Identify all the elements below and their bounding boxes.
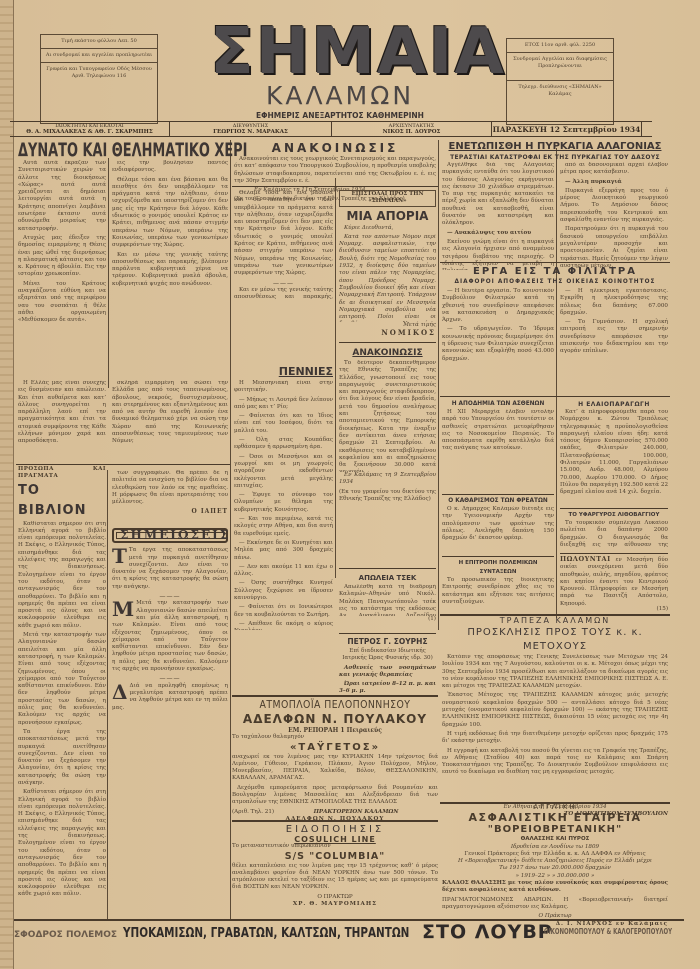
shipping-phone: (Αριθ. Τηλ. 21)	[232, 809, 274, 816]
editorial-headline-wrap: ΔΥΝΑΤΟ ΚΑΙ ΘΕΛΗΜΑΤΙΚΟ ΧΕΡΙ	[18, 140, 228, 160]
penny-item: — Δεν και ακούμε 11 και έχω ο άλλος.	[234, 564, 333, 579]
divider	[339, 568, 436, 569]
notes-paragraph: ΜΜετά την καταστροφήν των Αλαγονιανών δα…	[112, 600, 228, 673]
book-body: Καθίσταται σήμερον ότι στη Ελληνική αγορ…	[18, 789, 106, 898]
committee-headline: Η ΕΠΙΤΡΟΠΗ ΠΟΛΕΜΙΚΩΝ ΣΥΝΤΑΞΕΩΝ	[442, 559, 554, 577]
committee-body: Το προσωπικόν της διοικητικής Επιτροπής …	[442, 577, 554, 606]
book-signature: Ο ΙΑΠΕΤ	[112, 508, 228, 515]
divider	[339, 633, 436, 634]
letter-salutation: Κύριε Διευθυντά,	[339, 225, 436, 232]
bank-paragraph: Έκαστος Μέτοχος της ΤΡΑΠΕΖΗΣ ΚΑΛΑΜΩΝ κάτ…	[442, 692, 668, 728]
divider	[560, 553, 668, 554]
issue-date: ΠΑΡΑΣΚΕΥΗ 12 Σεπτεμβρίου 1934	[492, 122, 642, 136]
divider	[440, 396, 670, 397]
penny-item: — Όσης συστήθηκε Κυνηγοί Σύλλογος ξεχώρι…	[234, 580, 333, 602]
committee-article: Η ΕΠΙΤΡΟΠΗ ΠΟΛΕΜΙΚΩΝ ΣΥΝΤΑΞΕΩΝ Το προσωπ…	[442, 559, 554, 619]
newspaper-subtitle: ΚΑΛΑΜΩΝ	[230, 83, 450, 109]
director-name: ΓΕΩΡΓΙΟΣ Ν. ΜΑΡΑΚΑΣ	[170, 129, 331, 135]
lost-check-notice: ΑΠΩΛΕΙΑ ΤΣΕΚ Απωλέσθη κατά τη διαδρομή Κ…	[339, 572, 436, 623]
penny-item: — Φαίνεται ότι και το Ίδιος είναι επί το…	[234, 413, 333, 435]
bank-kicker: ΤΡΑΠΕΖΑ ΚΑΛΑΜΩΝ	[442, 616, 668, 626]
doctor-address: Επί διαδικασίαν Ιδιωτικής Ιατρικής Ώρας …	[339, 648, 436, 663]
pennies-headline: ΠΕΝΝΙΕΣ	[234, 364, 333, 380]
editorial-paragraph: Μένει του Κράτους αναγκάζοντα εύθύνη και…	[18, 281, 106, 325]
insurance-kicker: ΑΓΓΛΙΚΗ	[442, 804, 668, 811]
filiatra-article: ΕΡΓΑ ΕΙΣ ΤΑ ΦΙΛΙΑΤΡΑ ΔΙΑΦΟΡΟΙ ΑΠΟΦΑΣΕΙΣ …	[442, 265, 668, 287]
announcement-second-dateline: Εν Καλάμαις τη 9 Σεπτεμβρίου 1934	[339, 472, 436, 487]
letter-body: Κατά τον απόντων Νόμον περί Νομαρχ. ασφα…	[339, 234, 436, 322]
right-ear-line: Συνδρομαί Αγγελίαι και διαφημίσεις Προπλ…	[507, 53, 613, 81]
filiatra-item: — Το Γυμνάσιον. Η σχολική επιτροπή εις τ…	[560, 319, 668, 355]
separator: ———	[112, 675, 228, 682]
doctor-ad: ΠΕΤΡΟΣ Γ. ΣΟΥΡΗΣ Επί διαδικασίαν Ιδιωτικ…	[339, 636, 436, 698]
doctor-name: ΠΕΤΡΟΣ Γ. ΣΟΥΡΗΣ	[339, 636, 436, 648]
doctor-specialty: Ασθενείς των νοσημάτων και γενικής θεραπ…	[339, 665, 436, 680]
announcement-headline: ΑΝΑΚΟΙΝΩΣΙΣ	[234, 140, 436, 156]
penny-item: — Φαίνεται ότι οι Ιονικώτεροι δεν τα κου…	[234, 604, 333, 619]
penny-item: — Απέθανε δε ακόμη ο κύριος Νικολάου.	[234, 621, 333, 630]
water-body: Ο κ. Δήμαρχος Καλαμών διέταξε εις την Υγ…	[442, 506, 554, 542]
shipping-agency: ΠΡΑΚΤΟΡΕΙΟΝ ΚΑΛΑΜΩΝ	[314, 809, 399, 816]
continuation-paragraph: Και εν μέσω της γενικής ταύτης αποσυνθέσ…	[234, 287, 333, 300]
banner-owners: ΟΙΚΟΝΟΜΟΠΟΥΛΟΥ & ΚΑΛΟΓΕΡΟΠΟΥΛΟΥ	[544, 922, 672, 942]
insurance-title: ΑΣΦΑΛΙΣΤΙΚΗ ΕΤΑΙΡΕΙΑ	[442, 811, 668, 824]
divider	[442, 494, 554, 495]
letter-article: ΕΠΙΣΤΟΛΑΙ ΠΡΟΣ ΤΗΝ «ΣΗΜΑΙΑΝ» ΜΙΑ ΑΠΟΡΙΑ …	[339, 190, 436, 336]
banner-lead: ΣΦΟΔΡΟΣ ΠΟΛΕΜΟΣ	[14, 930, 117, 940]
fire-headline: ΕΝΕΤΩΠΙΣΘΗ Η ΠΥΡΚΑΓΙΑ ΑΛΑΓΟΝΙΑΣ	[442, 140, 668, 153]
column-rule	[556, 148, 557, 618]
column-rule	[108, 158, 109, 388]
fire-subsection: — Άλλη πυρκαγιά	[560, 179, 668, 186]
oil-article: Η ΕΛΑΙΟΠΑΡΑΓΩΓΗ Κατ’ ά πληροφορούμεθα πα…	[560, 400, 668, 505]
letter-signature: ΝΟΜΙΚΟΣ	[339, 329, 436, 336]
announcement-second: ΑΝΑΚΟΙΝΩΣΙΣ Το δεύτερον δεκαπενθήμερον τ…	[339, 346, 436, 505]
editor-cell: ΑΡΧΙΣΥΝΤΑΚΤΗΣ ΝΙΚΟΣ Π. ΔΟΥΡΟΣ	[332, 122, 492, 136]
filiatra-col-1: — Η δευτέρα εργασία. Το κοινοτικόν Συμβο…	[442, 288, 554, 382]
newspaper-page: Τιμή εκάστου φύλλου Λεπ. 50 Αι συνδρομαί…	[0, 0, 700, 969]
divider	[16, 464, 230, 465]
newspaper-tagline: ΕΦΗΜΕΡΙΣ ΑΝΕΞΑΡΤΗΤΟΣ ΚΑΘΗΜΕΡΙΝΗ	[220, 111, 460, 120]
cosulich-ship: S/S "COLUMBIA"	[232, 851, 438, 863]
ship-name: «ΤΑΫΓΕΤΟΣ»	[232, 742, 438, 754]
cosulich-agent: ΧΡ. Θ. ΜΑΥΡΟΜΙΑΗΣ	[232, 901, 438, 908]
editorial-headline: ΔΥΝΑΤΟ ΚΑΙ ΘΕΛΗΜΑΤΙΚΟ ΧΕΡΙ	[18, 140, 161, 160]
fire-col-1: Αγγέλθηκε διά τας Αλαγονίας πυρκαγιάς εν…	[442, 162, 554, 270]
shipping-route: αναχωρεί εκ του λιμένος μας την ΚΥΡΙΑΚΗΝ…	[232, 754, 438, 783]
owners-cell: ΙΔΙΟΚΤΗΤΑΙ ΚΑΙ ΕΚΔΟΤΑΙ Θ. Α. ΜΙΧΑΛΑΚΕΑΣ …	[10, 122, 170, 136]
masthead-info-bar: ΙΔΙΟΚΤΗΤΑΙ ΚΑΙ ΕΚΔΟΤΑΙ Θ. Α. ΜΙΧΑΛΑΚΕΑΣ …	[10, 121, 652, 137]
lost-check-ref: (1)	[339, 616, 436, 623]
filiatra-col-2: — Η ηλεκτρική εγκατάστασις. Εγκρίθη η ηλ…	[560, 288, 668, 382]
absent-article: Η ΑΠΟΔΗΜΙΑ ΤΩΝ ΑΣΘΕΝΩΝ Η ΧΙΙ Μεραρχία έλ…	[442, 400, 554, 493]
cosulich-ad: ΕΙΔΟΠΟΙΗΣΙΣ COSULICH LINE Το μεταναστευτ…	[232, 823, 438, 908]
fire-col-2: από αι δασονομικαί αρχαί έλαβον μέτρα πρ…	[560, 162, 668, 270]
book-body: Καθίσταται σήμερον ότι στη Ελληνική αγορ…	[18, 521, 106, 630]
oil-headline: Η ΕΛΑΙΟΠΑΡΑΓΩΓΗ	[560, 400, 668, 409]
penny-item: — Όλη στας Κουπάδας εφθάσαμεν ή αρρωσημέ…	[234, 437, 333, 452]
left-ear-line: Γραφεία και Τυπογραφείον Οδός Μέσσου Αρι…	[41, 63, 157, 101]
insurance-company: "ΒΟΡΕΙΟΒΡΕΤΑΝΙΚΗ"	[442, 824, 668, 836]
fire-paragraph: Παρατηρούμεν ότι η πυρκαγιά του δασικού …	[560, 226, 668, 270]
for-sale-body: εν Μεσσήνη δύο οικίαι συνεχόμεναι μετά δ…	[560, 557, 668, 606]
divider	[14, 919, 684, 921]
continuation-paragraph: Θέλαμε τόσα και ένα βάσανα και θα πεισθή…	[234, 190, 333, 278]
divider	[232, 186, 438, 187]
for-sale-ad: ΠΩΛΟΥΝΤΑΙ εν Μεσσήνη δύο οικίαι συνεχόμε…	[560, 556, 668, 613]
book-article: ΠΡΟΣΩΠΑ ΚΑΙ ΠΡΑΓΜΑΤΑ ΤΟ ΒΙΒΛΙΟΝ Καθίστατ…	[18, 466, 106, 969]
column-rule	[335, 178, 336, 578]
shipping-ad: ΑΤΜΟΠΛΟΪΑ ΠΕΛΟΠΟΝΝΗΣΟΥ ΑΔΕΛΦΩΝ Ν. ΠΟΥΛΑΚ…	[232, 698, 438, 823]
filiatra-item: — Η δευτέρα εργασία. Το κοινοτικόν Συμβο…	[442, 288, 554, 324]
absent-headline: Η ΑΠΟΔΗΜΙΑ ΤΩΝ ΑΣΘΕΝΩΝ	[442, 400, 554, 409]
editorial-paragraph: Ατυχώς μας έδειξεν της δημοσίας ειμαρμέν…	[18, 235, 106, 279]
owners-names: Θ. Α. ΜΙΧΑΛΑΚΕΑΣ & ΑΘ. Γ. ΣΚΑΡΜΠΗΣ	[10, 129, 169, 135]
tobacco-body: Το τουρκικόν σύμπλεγμα Λυκαίου πωλείται …	[560, 520, 668, 548]
separator: ———	[234, 280, 333, 287]
letter-kicker: ΕΠΙΣΤΟΛΑΙ ΠΡΟΣ ΤΗΝ «ΣΗΜΑΙΑΝ»	[339, 190, 436, 207]
cosulich-agent-label: Ο ΠΡΑΚΤΩΡ	[232, 894, 438, 901]
continuation-text: Θέλαμε τόσα και ένα βάσανα και θα πεισθή…	[234, 190, 333, 300]
director-cell: ΔΙΕΥΘΥΝΤΗΣ ΓΕΩΡΓΙΟΣ Ν. ΜΑΡΑΚΑΣ	[170, 122, 332, 136]
insurance-assessors: ΠΡΑΓΜΑΤΟΓΝΩΜΟΝΕΣ ΑΒΑΡΙΩΝ. Η «Βορειοβρετα…	[442, 897, 668, 912]
column-rule	[438, 140, 439, 630]
book-body: Τα έργα της αποκαταστάσεως μετά την πυρκ…	[18, 729, 106, 787]
cosulich-intro: Το μεταναστευτικόν υπερωκεάνιον	[232, 843, 438, 850]
book-body: Μετά την καταστροφήν των Αλαγονιανών δασ…	[18, 632, 106, 727]
filiatra-subhead: ΔΙΑΦΟΡΟΙ ΑΠΟΦΑΣΕΙΣ ΤΗΣ ΟΙΚΕΙΑΣ ΚΟΙΝΟΤΗΤΟ…	[442, 278, 668, 287]
water-article: Ο ΚΑΘΑΡΙΣΜΟΣ ΤΩΝ ΦΡΕΑΤΩΝ Ο κ. Δήμαρχος Κ…	[442, 497, 554, 548]
right-ear-line: Τηλεγρ. διεύθυνσις «ΣΗΜΑΙΑΝ» Καλάμας	[507, 81, 613, 101]
lost-check-body: Απωλέσθη κατά τη διαδρομή Καλαμών–Αθηνών…	[339, 584, 436, 616]
filiatra-item: — Το υδραγωγείον. Το Ίδρυμα κοινωνικής π…	[442, 326, 554, 362]
fire-subhead: ΤΕΡΑΣΤΙΑΙ ΚΑΤΑΣΤΡΟΦΑΙ ΕΚ ΤΗΣ ΠΥΡΚΑΓΙΑΣ Τ…	[442, 153, 668, 162]
divider	[232, 695, 438, 697]
bank-notice: ΤΡΑΠΕΖΑ ΚΑΛΑΜΩΝ ΠΡΟΣΚΛΗΣΙΣ ΠΡΟΣ ΤΟΥΣ κ. …	[442, 616, 668, 819]
shipping-company: ΑΤΜΟΠΛΟΪΑ ΠΕΛΟΠΟΝΝΗΣΟΥ	[247, 698, 422, 712]
penny-item: — Έφυγε το σύννεφο τον Ολυμπίων με θέλημ…	[234, 492, 333, 514]
editorial-paragraph: σκληρά ειμαρμένη να σώσει την Ελλάδα μας…	[112, 380, 228, 446]
dropcap: Τ	[112, 547, 127, 565]
bank-headline: ΠΡΟΣΚΛΗΣΙΣ ΠΡΟΣ ΤΟΥΣ κ. κ. ΜΕΤΟΧΟΥΣ	[442, 626, 668, 654]
divider	[232, 820, 438, 822]
divider	[442, 556, 554, 557]
column-rule	[230, 140, 231, 920]
divider	[560, 508, 668, 509]
letter-headline: ΜΙΑ ΑΠΟΡΙΑ	[339, 207, 436, 225]
pennies-column: ΠΕΝΝΙΕΣ Η Μεσσηνιακή είναι στην φοιτητικ…	[234, 364, 333, 630]
tobacco-headline: ΤΟ ΥΦΑΡΓΥΡΟΣ ΛΙΘΟΒΑΓΓΙΟΥ	[560, 511, 668, 520]
fire-paragraph: Αγγέλθηκε διά τας Αλαγονίας πυρκαγιάς εν…	[442, 162, 554, 228]
announcement-second-note: (Εκ του γραφείου του δικτύου της Εθνικής…	[339, 489, 436, 504]
editorial-col-1: Αυτά αυτά έκραζαν των Συνεταιριστικών χε…	[18, 160, 106, 390]
divider	[339, 342, 436, 343]
editorial-paragraph: Αυτά αυτά έκραζαν των Συνεταιριστικών χε…	[18, 160, 106, 233]
left-ear-box: Τιμή εκάστου φύλλου Λεπ. 50 Αι συνδρομαί…	[40, 34, 158, 124]
right-ear-line: ΕΤΟΣ 11ον αριθ. φύλ. 2250	[507, 39, 613, 53]
penny-item: — Όσοι οι Μεσσήνιοι και οι γεωργοί και ο…	[234, 454, 333, 490]
penny-item: — Εκκίνησε δε οι Κυνηγέται και Μηλέα μας…	[234, 540, 333, 562]
filiatra-headline: ΕΡΓΑ ΕΙΣ ΤΑ ΦΙΛΙΑΤΡΑ	[442, 265, 668, 278]
insurance-line: Τω 1917 άνω των 20.000.000 δραχμών	[442, 865, 668, 872]
fire-article: ΕΝΕΤΩΠΙΣΘΗ Η ΠΥΡΚΑΓΙΑ ΑΛΑΓΟΝΙΑΣ ΤΕΡΑΣΤΙΑ…	[442, 140, 668, 162]
book-body-cont: των συγγραφέων. Θα πρέπει δε η πολιτεία …	[112, 470, 228, 506]
insurance-line: » 1919–22 » » 30.000.000 »	[442, 873, 668, 880]
column-rule	[107, 470, 108, 920]
notes-column: ΣΗΜΕΙΩΣΕΙΣ ΤΤα έργα της αποκαταστάσεως μ…	[112, 528, 228, 917]
masthead: Τιμή εκάστου φύλλου Λεπ. 50 Αι συνδρομαί…	[20, 18, 670, 128]
insurance-marine: ΚΛΑΔΟΣ ΘΑΛΑΣΣΗΣ με τους πλέον ευνοϊκούς …	[442, 880, 668, 895]
editor-name: ΝΙΚΟΣ Π. ΔΟΥΡΟΣ	[332, 129, 491, 135]
shipping-cargo: Δεχόμεθα εμπορεύματα προς μεταφόρτωσιν δ…	[232, 785, 438, 807]
left-ear-line: Τιμή εκάστου φύλλου Λεπ. 50	[41, 35, 157, 49]
tobacco-article: ΤΟ ΥΦΑΡΓΥΡΟΣ ΛΙΘΟΒΑΓΓΙΟΥ Το τουρκικόν σύ…	[560, 511, 668, 548]
lost-check-headline: ΑΠΩΛΕΙΑ ΤΣΕΚ	[339, 572, 436, 584]
fire-subsection: — Ανακάλυψις του αιτίου	[442, 230, 554, 237]
editorial-col-1-cont: Η Ελλάς μας είναι συνεχής εις δυσμένειαν…	[18, 380, 106, 460]
insurance-ad: ΑΓΓΛΙΚΗ ΑΣΦΑΛΙΣΤΙΚΗ ΕΤΑΙΡΕΙΑ "ΒΟΡΕΙΟΒΡΕΤ…	[442, 804, 668, 928]
water-headline: Ο ΚΑΘΑΡΙΣΜΟΣ ΤΩΝ ΦΡΕΑΤΩΝ	[442, 497, 554, 506]
cosulich-body: θέλει καταπλεύσει εις τον λιμένα μας την…	[232, 863, 438, 892]
doctor-hours: Ώραι ιατρείου 8–12 π. μ. και 3–6 μ. μ.	[339, 681, 436, 696]
notes-paragraph: ΤΤα έργα της αποκαταστάσεως μετά την πυρ…	[112, 547, 228, 591]
editorial-paragraph: Η Ελλάς μας είναι συνεχής εις δυσμένειαν…	[18, 380, 106, 446]
insurance-subtitle: ΘΑΛΑΣΣΗΣ ΚΑΙ ΠΥΡΟΣ	[442, 836, 668, 843]
bank-paragraph: Η εγγραφή και καταβολή του ποσού θα γίνε…	[442, 748, 668, 777]
fire-paragraph: Πυρκαγιά εξερράγη προς του ό μέρους Διοι…	[560, 188, 668, 224]
dropcap: Μ	[112, 600, 134, 618]
fire-paragraph: από αι δασονομικαί αρχαί έλαβον μέτρα πρ…	[560, 162, 668, 177]
adjacent-page-edge	[0, 0, 14, 969]
editorial-paragraph: εις την βουλησίαν παντός ενδιαφέροντος.	[112, 160, 228, 175]
bank-paragraph: Κατόπιν της αποφάσεως της Γενικής Συνελε…	[442, 654, 668, 690]
editorial-col-2: εις την βουλησίαν παντός ενδιαφέροντος. …	[112, 160, 228, 390]
book-kicker: ΠΡΟΣΩΠΑ ΚΑΙ ΠΡΑΓΜΑΤΑ	[18, 466, 106, 481]
right-ear-box: ΕΤΟΣ 11ον αριθ. φύλ. 2250 Συνδρομαί Αγγε…	[506, 38, 614, 125]
editorial-paragraph: Και εν μέσω της γενικής ταύτης αποσυνθέσ…	[112, 252, 228, 288]
editorial-paragraph: Θέλαμε τόσα και ένα βάσανα και θα πεισθή…	[112, 177, 228, 250]
left-ear-line: Αι συνδρομαί και αγγελίαι προπληρωτέαι	[41, 49, 157, 63]
editorial-col-3: σκληρά ειμαρμένη να σώσει την Ελλάδα μας…	[112, 380, 228, 460]
announcement-second-body: Το δεύτερον δεκαπενθήμερον της Εθνικής Τ…	[339, 360, 436, 472]
shipping-owners: ΑΔΕΛΦΩΝ Ν. ΠΟΥΛΑΚΟΥ	[232, 712, 438, 727]
notes-paragraph: ΔΔιά να προληφθή επομένως η μεγαλυτέρα κ…	[112, 683, 228, 712]
banner-goods: ΥΠΟΚΑΜΙΣΩΝ, ΓΡΑΒΑΤΩΝ, ΚΑΛΤΣΩΝ, ΤΗΡΑΝΤΩΝ	[123, 924, 409, 944]
bank-paragraph: Η τιμή εκδόσεως διά την διατιθεμένην μετ…	[442, 731, 668, 746]
book-cont: των συγγραφέων. Θα πρέπει δε η πολιτεία …	[112, 470, 228, 530]
banner-store: ΣΤΟ ΛΟΥΒΡ	[422, 922, 553, 942]
book-headline: ΤΟ ΒΙΒΛΙΟΝ	[18, 481, 106, 521]
oil-body: Κατ’ ά πληροφορούμεθα παρά του Νομάρχου …	[560, 409, 668, 497]
announcement-body: Ανακοινούται εις τους γεωργικούς Συνεται…	[234, 156, 436, 185]
announcement-second-headline: ΑΝΑΚΟΙΝΩΣΙΣ	[339, 346, 436, 360]
for-sale-label: ΠΩΛΟΥΝΤΑΙ	[560, 556, 611, 563]
for-sale-ref: (15)	[560, 606, 668, 613]
filiatra-item: — Η ηλεκτρική εγκατάστασις. Εγκρίθη η ηλ…	[560, 288, 668, 317]
shipping-intro: Το ταχύπλουν θαλαμηγόν	[232, 734, 438, 741]
insurance-founded: Ιδρυθείσα εν Λονδίνω τω 1809	[442, 844, 668, 851]
absent-body: Η ΧΙΙ Μεραρχία έλαβεν εντολήν παρά του Υ…	[442, 409, 554, 453]
dropcap: Δ	[112, 683, 128, 701]
divider	[440, 262, 670, 263]
bottom-advertisement-banner: ΣΦΟΔΡΟΣ ΠΟΛΕΜΟΣ ΥΠΟΚΑΜΙΣΩΝ, ΓΡΑΒΑΤΩΝ, ΚΑ…	[14, 922, 684, 942]
penny-item: — Μήπως τι Λουτρά δεν λείπουν από μας κα…	[234, 397, 333, 412]
newspaper-title: ΣΗΜΑΙΑ	[210, 20, 470, 84]
penny-item: — Και του περιμένω, κατά τις εκλογές στη…	[234, 516, 333, 538]
notes-headline: ΣΗΜΕΙΩΣΕΙΣ	[112, 528, 228, 543]
penny-item: Η Μεσσηνιακή είναι στην φοιτητικήν.	[234, 380, 333, 395]
